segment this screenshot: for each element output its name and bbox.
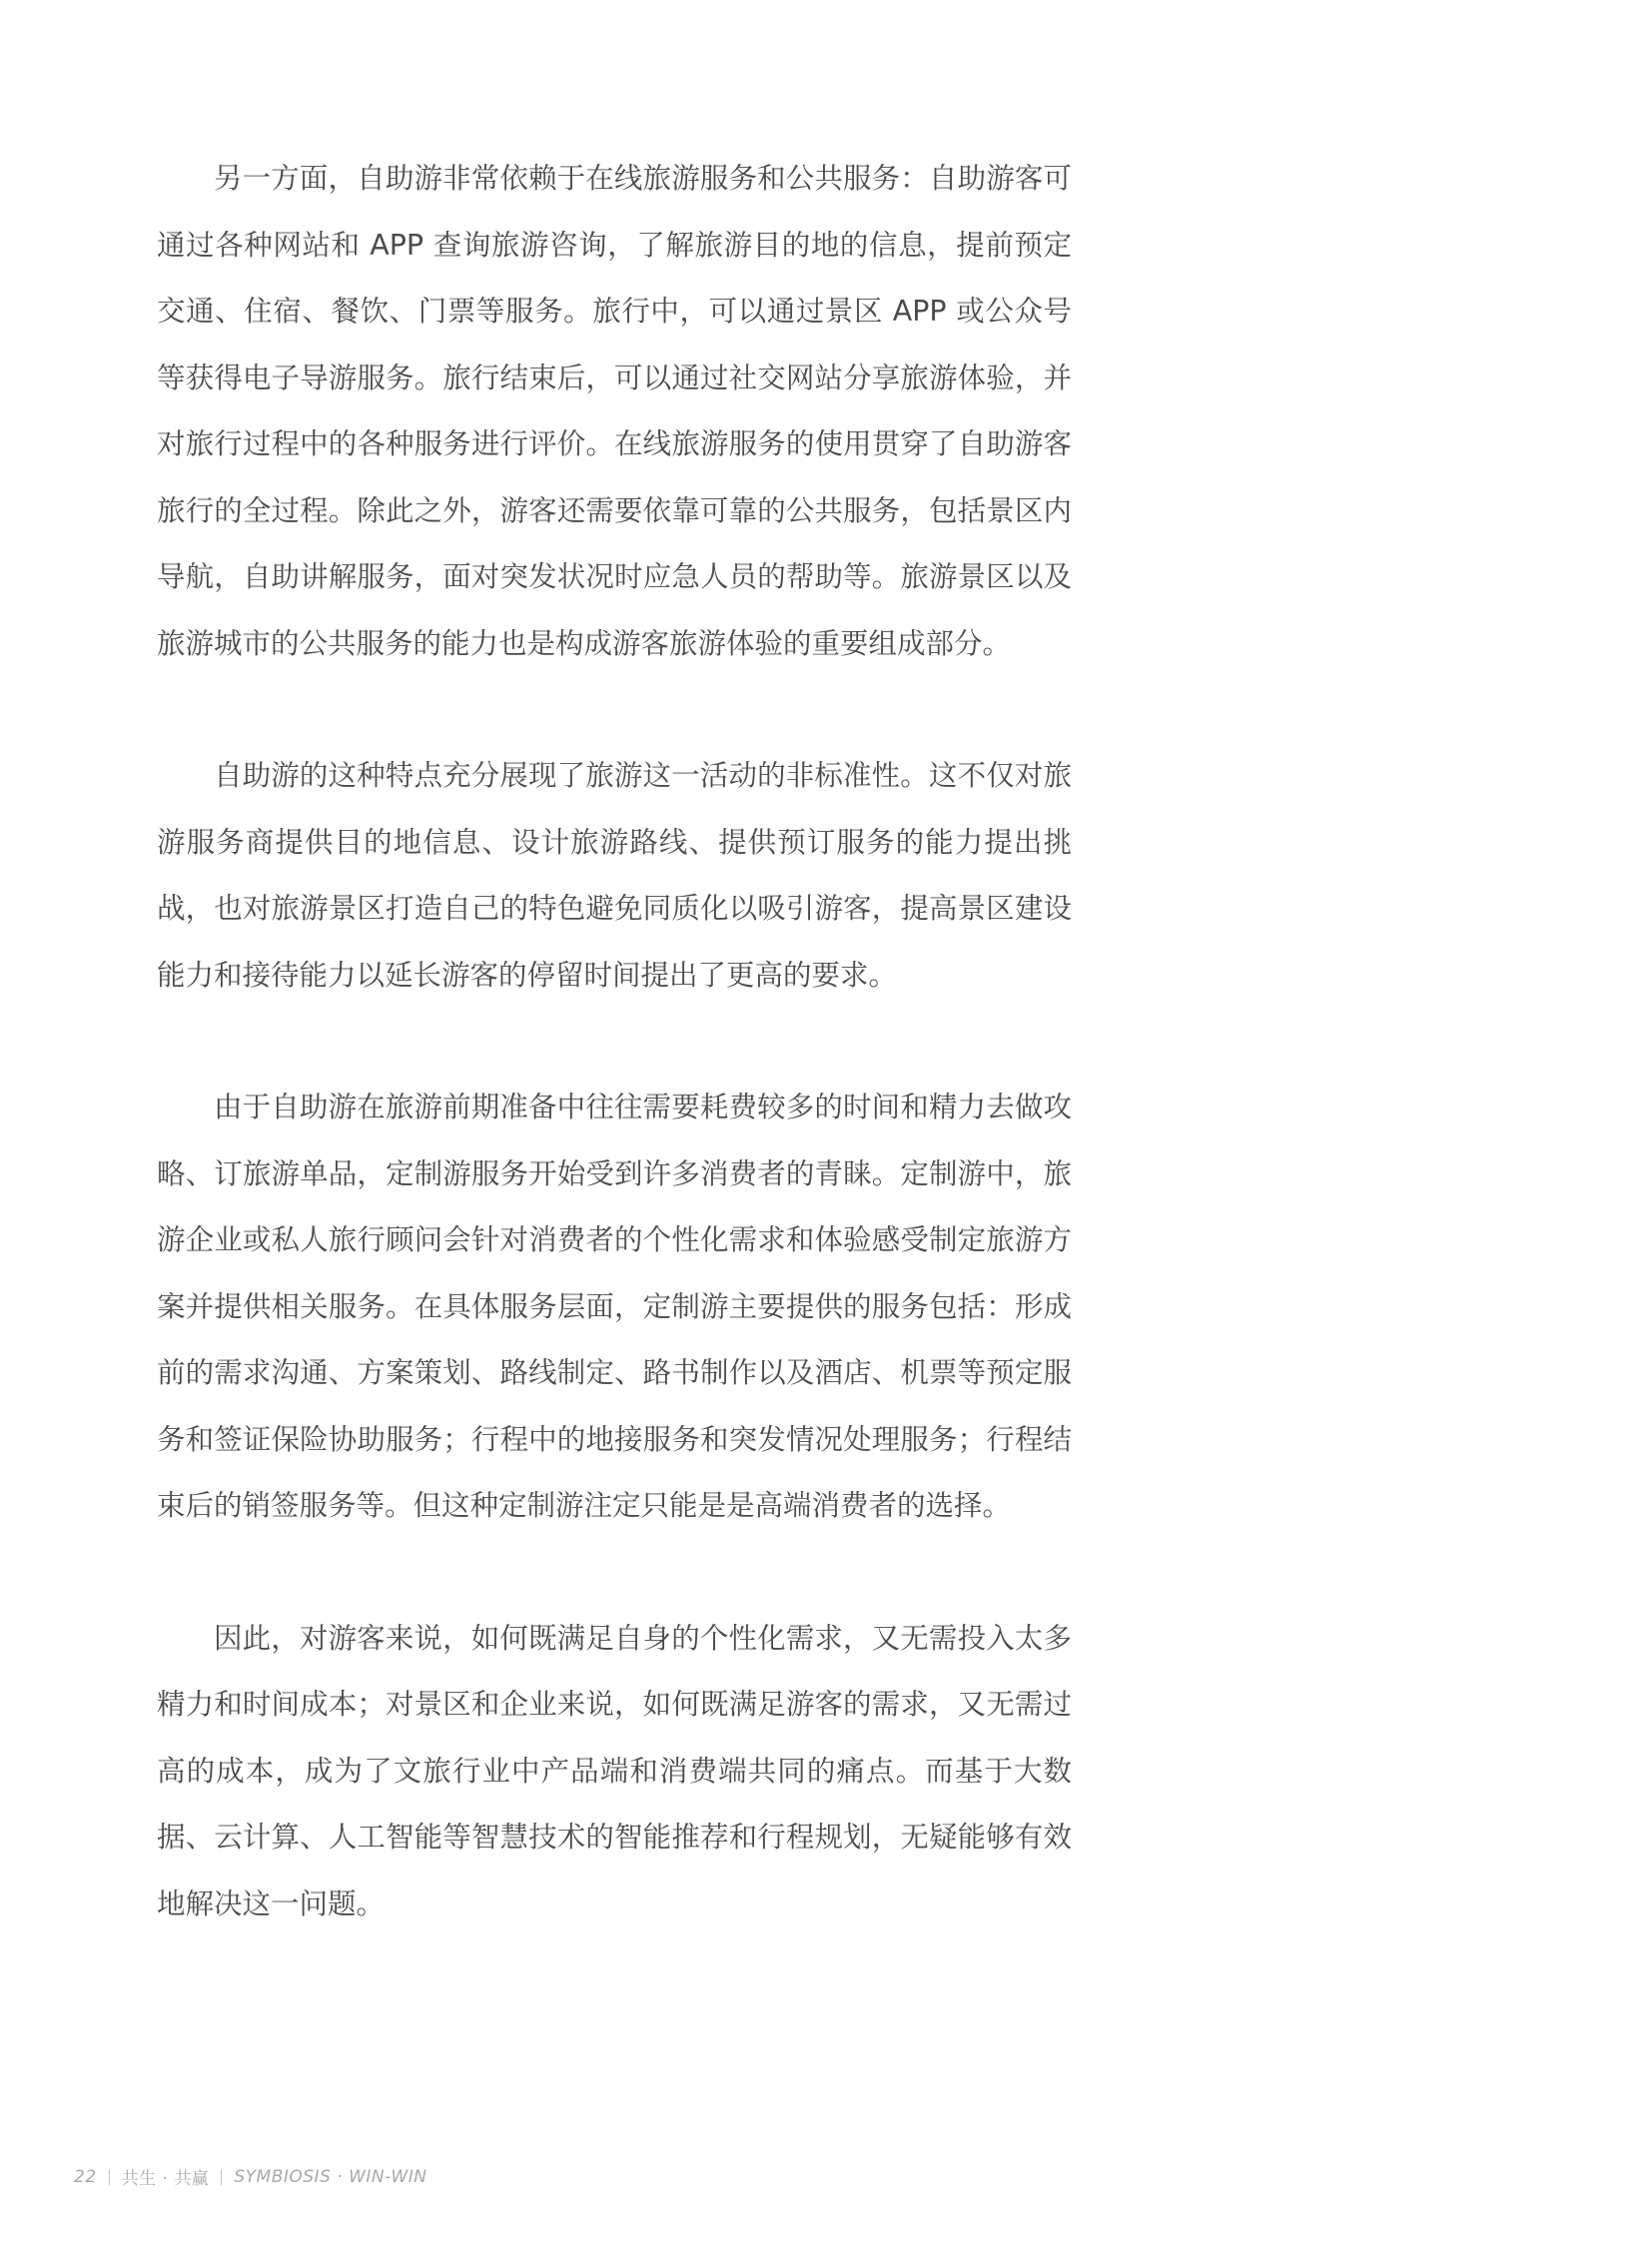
- footer-title-cn: 共生 · 共赢: [122, 2164, 210, 2189]
- paragraph-online-services: 另一方面，自助游非常依赖于在线旅游服务和公共服务：自助游客可通过各种网站和 AP…: [157, 146, 1072, 677]
- paragraph-custom-tours: 由于自助游在旅游前期准备中往往需要耗费较多的时间和精力去做攻略、订旅游单品，定制…: [157, 1075, 1072, 1540]
- paragraph-conclusion: 因此，对游客来说，如何既满足自身的个性化需求，又无需投入太多精力和时间成本；对景…: [157, 1606, 1072, 1938]
- footer-divider: [109, 2169, 110, 2185]
- footer-divider: [221, 2169, 222, 2185]
- page-number: 22: [74, 2167, 97, 2187]
- page-body: 另一方面，自助游非常依赖于在线旅游服务和公共服务：自助游客可通过各种网站和 AP…: [157, 146, 1072, 2003]
- page-footer: 22 共生 · 共赢 SYMBIOSIS · WIN-WIN: [74, 2164, 426, 2189]
- paragraph-non-standard-nature: 自助游的这种特点充分展现了旅游这一活动的非标准性。这不仅对旅游服务商提供目的地信…: [157, 743, 1072, 1009]
- footer-title-en: SYMBIOSIS · WIN-WIN: [234, 2167, 426, 2187]
